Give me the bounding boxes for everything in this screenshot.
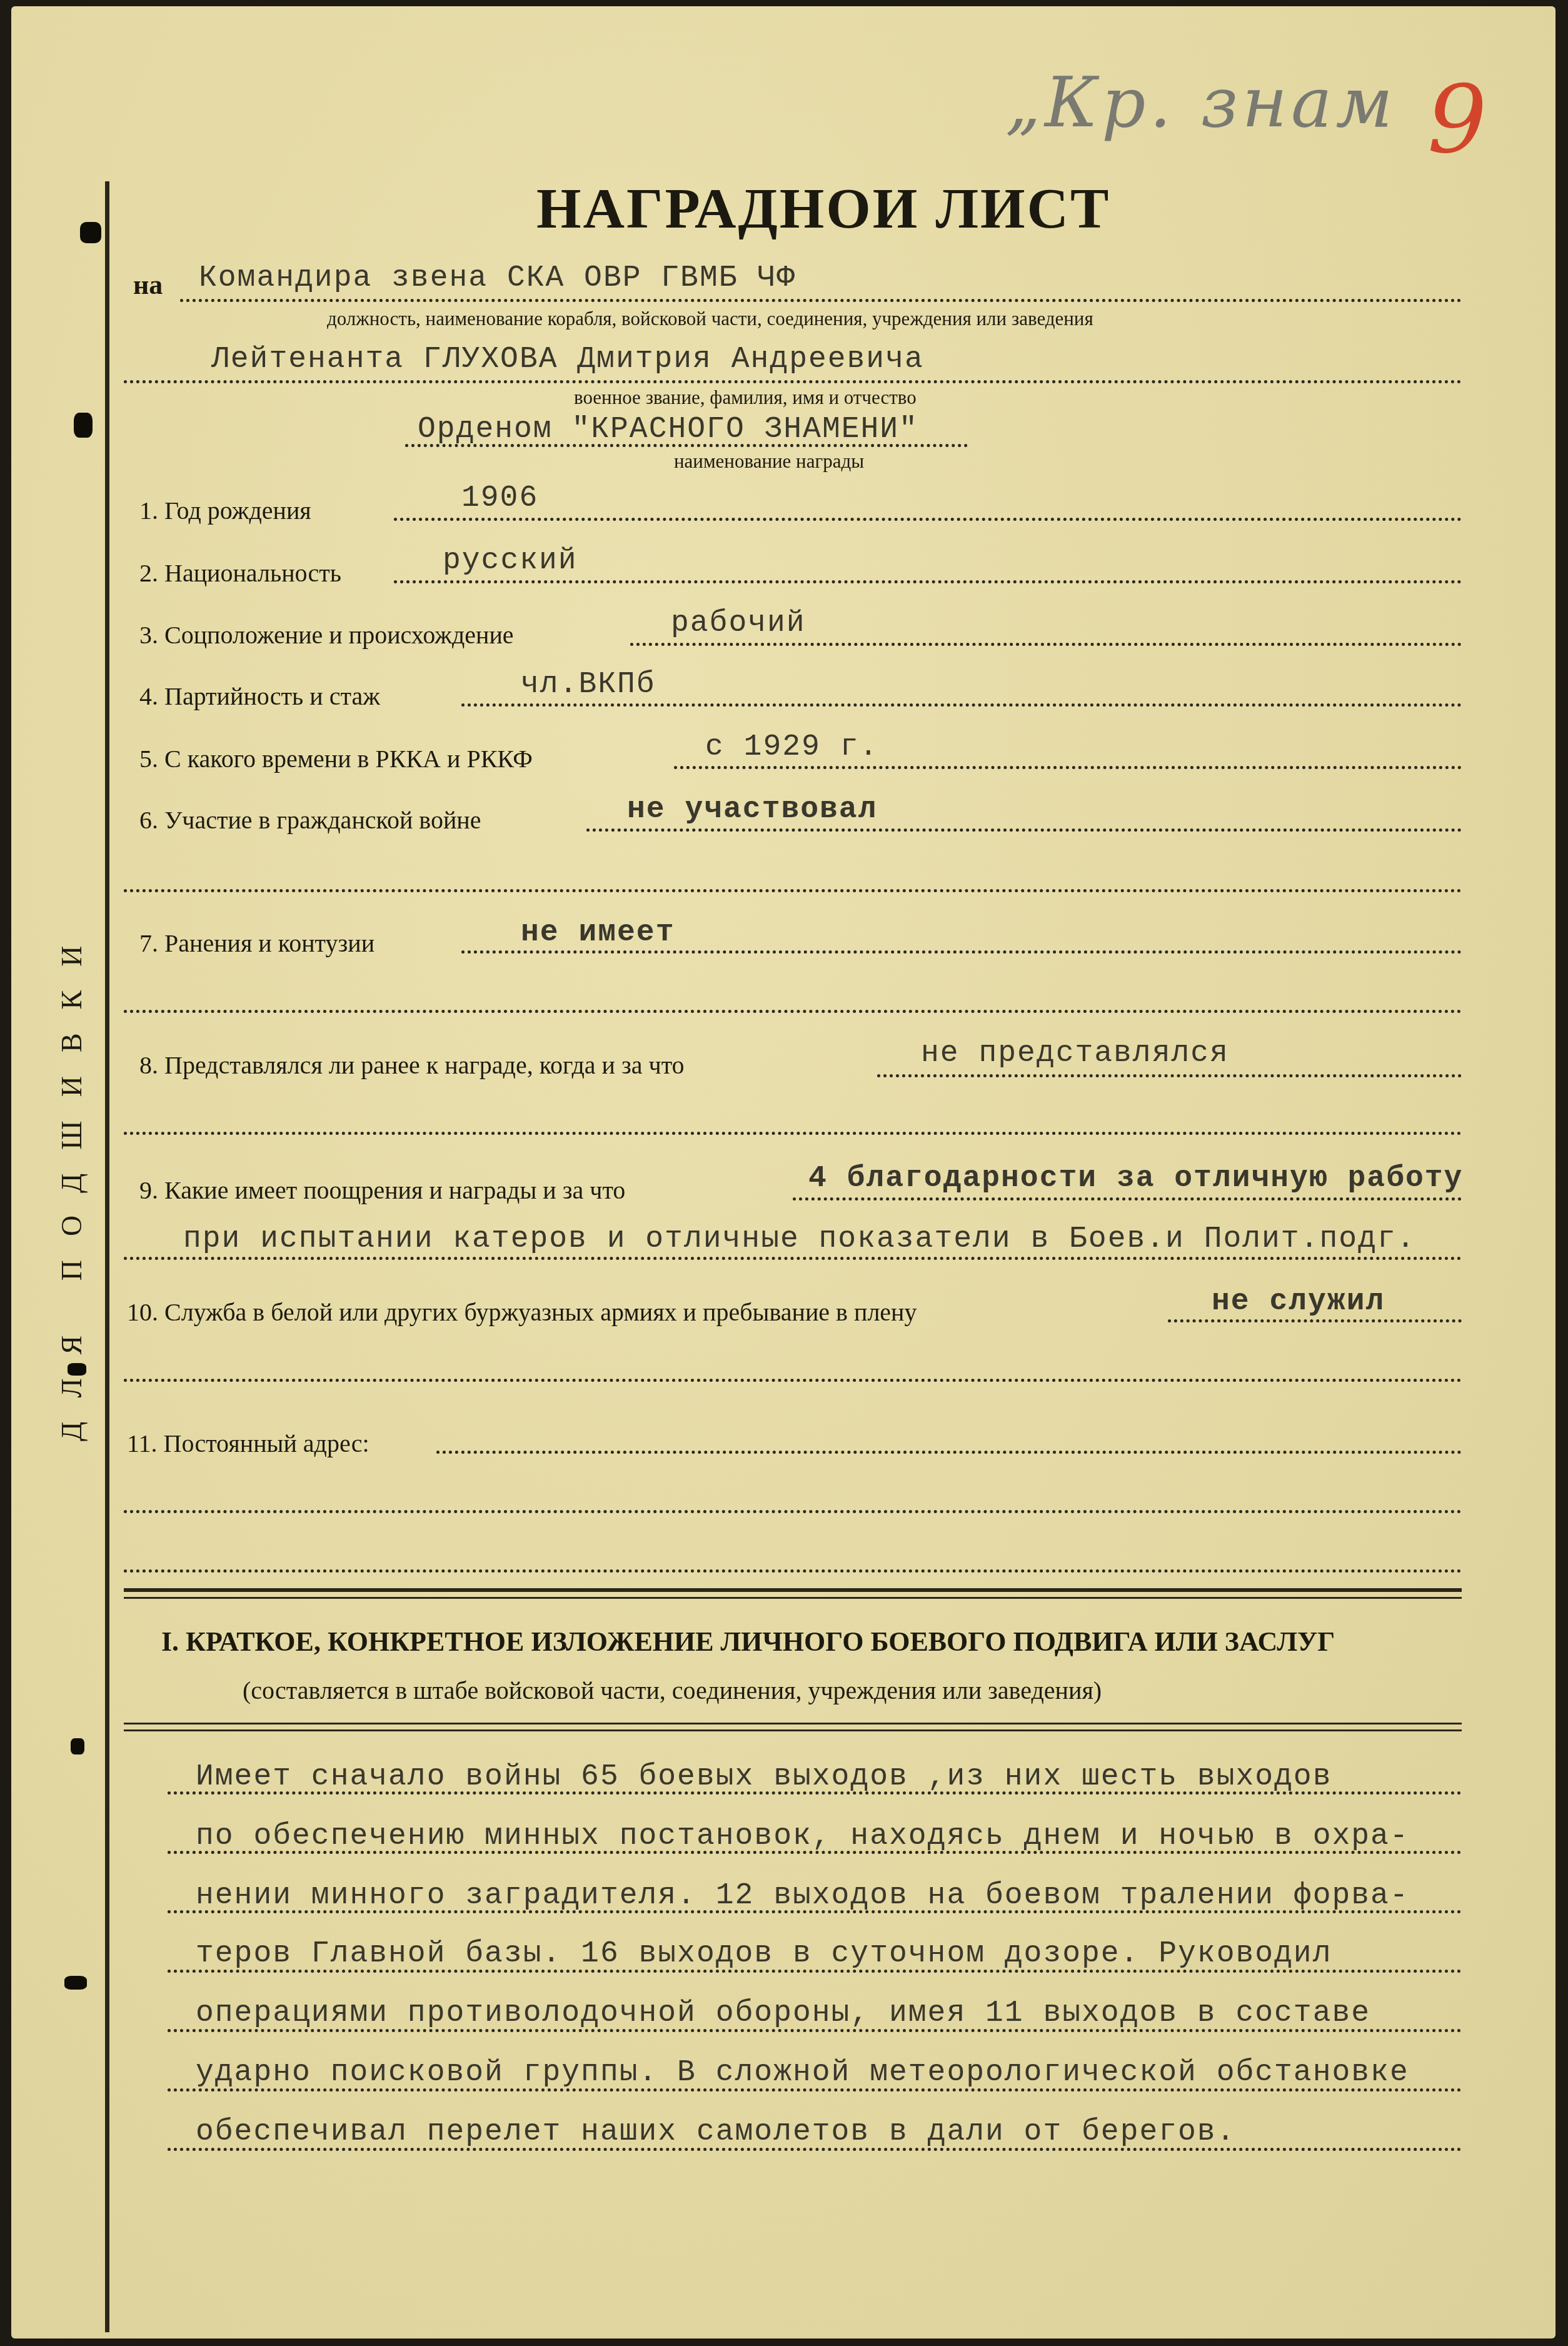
field-line: [394, 518, 1462, 521]
field-line: [124, 1010, 1462, 1013]
position-line: [180, 299, 1462, 302]
field-line: [394, 580, 1462, 583]
handwritten-note: „Кр. знам: [1005, 63, 1397, 143]
field-civil-war-label: 6. Участие в гражданской войне: [139, 805, 481, 835]
name-caption: военное звание, фамилия, имя и отчество: [574, 386, 917, 409]
position-value: Командира звена СКА ОВР ГВМБ ЧФ: [199, 261, 796, 295]
award-caption: наименование награды: [674, 450, 864, 473]
double-rule: [124, 1588, 1462, 1599]
field-service-since-value: с 1929 г.: [705, 730, 878, 764]
position-caption: должность, наименование корабля, войсков…: [327, 308, 1093, 330]
binding-margin-line: [105, 181, 109, 2332]
narrative-underline: [168, 1910, 1462, 1913]
narrative-underline: [168, 2029, 1462, 2032]
award-value: Орденом "КРАСНОГО ЗНАМЕНИ": [418, 413, 918, 446]
field-commendations-value: 4 благодарности за отличную работу: [808, 1162, 1463, 1196]
narrative-underline: [168, 2148, 1462, 2151]
field-line: [124, 1510, 1462, 1513]
field-social-origin-label: 3. Соцположение и происхождение: [139, 620, 514, 650]
field-line: [124, 1379, 1462, 1382]
narrative-line: теров Главной базы. 16 выходов в суточно…: [196, 1937, 1332, 1971]
narrative-underline: [168, 1851, 1462, 1854]
punch-hole: [80, 222, 101, 243]
field-prior-awards-value: не представлялся: [921, 1037, 1229, 1070]
field-line: [461, 703, 1462, 707]
field-social-origin-value: рабочий: [671, 607, 806, 640]
narrative-line: ударно поисковой группы. В сложной метео…: [196, 2056, 1409, 2090]
field-birth-year-value: 1906: [461, 481, 538, 515]
red-pencil-number: 9: [1427, 66, 1487, 174]
field-nationality-label: 2. Национальность: [139, 558, 341, 588]
field-line: [630, 643, 1462, 646]
field-commendations-label: 9. Какие имеет поощрения и награды и за …: [139, 1176, 625, 1205]
narrative-underline: [168, 1791, 1462, 1795]
award-line: [405, 444, 968, 447]
field-line: [124, 1132, 1462, 1135]
field-line: [793, 1197, 1462, 1201]
field-birth-year-label: 1. Год рождения: [139, 496, 311, 525]
binding-margin-text: ДЛЯ ПОДШИВКИ: [55, 807, 105, 1557]
prefix-na: на: [133, 269, 163, 301]
narrative-line: обеспечивал перелет наших самолетов в да…: [196, 2115, 1235, 2149]
field-party-value: чл.ВКПб: [521, 668, 656, 702]
field-line: [877, 1074, 1462, 1077]
field-line: [586, 828, 1462, 832]
narrative-line: Имеет сначало войны 65 боевых выходов ,и…: [196, 1760, 1332, 1794]
name-line: [124, 380, 1462, 383]
field-white-army-value: не служил: [1212, 1285, 1385, 1319]
narrative-underline: [168, 2088, 1462, 2092]
name-value: Лейтенанта ГЛУХОВА Дмитрия Андреевича: [211, 343, 924, 376]
narrative-line: по обеспечению минных постановок, находя…: [196, 1820, 1409, 1853]
field-white-army-label: 10. Служба в белой или других буржуазных…: [127, 1297, 917, 1327]
field-nationality-value: русский: [443, 544, 578, 578]
punch-hole: [71, 1738, 84, 1754]
award-sheet-page: ДЛЯ ПОДШИВКИ „Кр. знам 9 НАГРАДНОИ ЛИСТ …: [11, 6, 1555, 2338]
field-line: [124, 1569, 1462, 1573]
field-line: [124, 889, 1462, 892]
field-prior-awards-label: 8. Представлялся ли ранее к награде, ког…: [139, 1050, 685, 1080]
field-line: [124, 1257, 1462, 1260]
document-title: НАГРАДНОИ ЛИСТ: [536, 175, 1110, 241]
field-civil-war-value: не участвовал: [627, 793, 877, 827]
field-line: [674, 766, 1462, 769]
double-rule: [124, 1723, 1462, 1731]
field-party-label: 4. Партийность и стаж: [139, 682, 380, 711]
punch-hole: [64, 1976, 87, 1990]
narrative-line: операциями противолодочной обороны, имея…: [196, 1996, 1370, 2030]
narrative-underline: [168, 1970, 1462, 1973]
field-commendations-value-line2: при испытании катеров и отличные показат…: [183, 1222, 1416, 1256]
section-subtitle: (составляется в штабе войсковой части, с…: [243, 1676, 1102, 1705]
section-title: I. КРАТКОЕ, КОНКРЕТНОЕ ИЗЛОЖЕНИЕ ЛИЧНОГО…: [161, 1626, 1335, 1658]
field-line: [436, 1451, 1462, 1454]
field-line: [461, 950, 1462, 954]
field-wounds-label: 7. Ранения и контузии: [139, 929, 374, 958]
punch-hole: [68, 1363, 86, 1376]
punch-hole: [74, 413, 93, 438]
field-service-since-label: 5. С какого времени в РККА и РККФ: [139, 744, 533, 773]
narrative-line: нении минного заградителя. 12 выходов на…: [196, 1879, 1409, 1913]
field-address-label: 11. Постоянный адрес:: [127, 1429, 369, 1458]
field-wounds-value: не имеет: [521, 916, 675, 950]
field-line: [1168, 1319, 1462, 1322]
